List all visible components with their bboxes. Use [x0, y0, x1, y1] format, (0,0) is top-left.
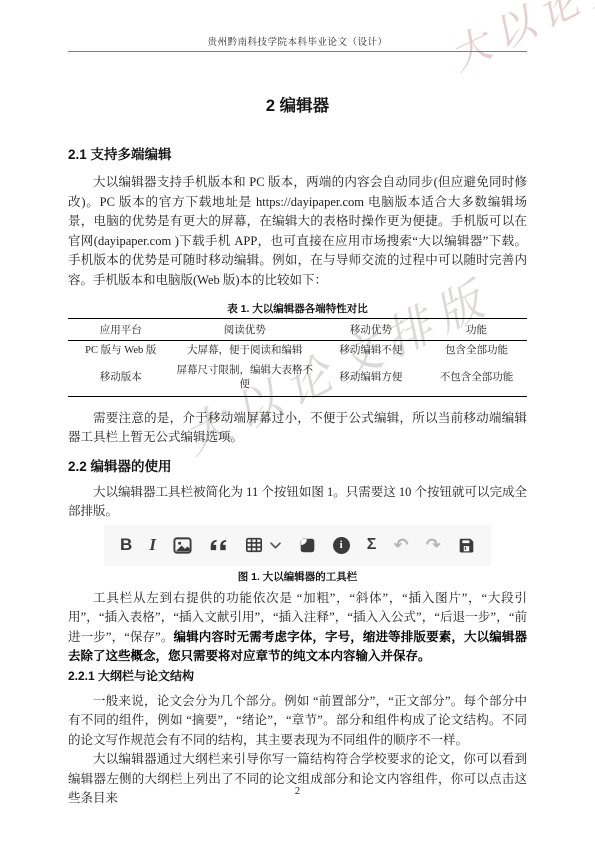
footnote-info-icon: i	[333, 537, 350, 554]
paragraph-toolbar-functions: 工具栏从左到右提供的功能依次是 “加粗”，“斜体”，“插入图片”，“大段引用”，…	[68, 589, 527, 667]
cell-features: 包含全部功能	[426, 341, 527, 362]
header-title: 贵州黔南科技学院本科毕业论文（设计）	[68, 34, 527, 48]
table-row: 移动版本 屏幕尺寸限制，编辑大表格不便 移动编辑方便 不包含全部功能	[68, 361, 527, 396]
document-page: 大以论文排版 大以论文排版 贵州黔南科技学院本科毕业论文（设计） 2 编辑器 2…	[0, 0, 595, 842]
paragraph-multiplatform: 大以编辑器支持手机版本和 PC 版本，两端的内容会自动同步(但应避免同时修改)。…	[68, 173, 527, 290]
toolbar-figure: B I i Σ ↶ ↷	[104, 525, 491, 566]
redo-icon: ↷	[426, 535, 441, 556]
cell-reading: 屏幕尺寸限制，编辑大表格不便	[174, 361, 316, 396]
cell-platform: PC 版与 Web 版	[68, 341, 174, 362]
chapter-title: 2 编辑器	[68, 92, 527, 116]
section-2-2-1-heading: 2.2.1 大纲栏与论文结构	[68, 667, 527, 684]
table-caption: 表 1. 大以编辑器各端特性对比	[68, 301, 527, 316]
insert-table-icon	[245, 536, 263, 554]
comparison-table: 应用平台 阅读优势 移动优势 功能 PC 版与 Web 版 大屏幕，便于阅读和编…	[68, 318, 527, 397]
paragraph-outline: 大以编辑器通过大纲栏来引导你写一篇结构符合学校要求的论文，你可以看到编辑器左侧的…	[68, 750, 527, 809]
cell-reading: 大屏幕，便于阅读和编辑	[174, 341, 316, 362]
paragraph-note: 需要注意的是，介于移动端屏幕过小，不便于公式编辑，所以当前移动端编辑器工具栏上暂…	[68, 409, 527, 448]
cell-mobility: 移动编辑不便	[316, 341, 426, 362]
col-header-platform: 应用平台	[68, 319, 174, 341]
chevron-down-icon	[270, 542, 281, 549]
bold-icon: B	[120, 535, 132, 555]
save-icon	[458, 537, 475, 554]
citation-icon	[299, 537, 316, 554]
italic-icon: I	[149, 535, 156, 555]
undo-icon: ↶	[394, 535, 409, 556]
table-row: PC 版与 Web 版 大屏幕，便于阅读和编辑 移动编辑不便 包含全部功能	[68, 341, 527, 362]
insert-image-icon	[173, 536, 192, 555]
blockquote-icon	[209, 538, 228, 552]
figure-caption: 图 1. 大以编辑器的工具栏	[68, 569, 527, 584]
section-2-1-heading: 2.1 支持多端编辑	[68, 143, 527, 163]
formula-icon: Σ	[367, 536, 377, 554]
paragraph-structure: 一般来说，论文会分为几个部分。例如 “前置部分”，“正文部分”。每个部分中有不同…	[68, 692, 527, 751]
cell-features: 不包含全部功能	[426, 361, 527, 396]
cell-mobility: 移动编辑方便	[316, 361, 426, 396]
col-header-reading: 阅读优势	[174, 319, 316, 341]
page-number: 2	[0, 786, 595, 797]
page-header: 贵州黔南科技学院本科毕业论文（设计）	[68, 0, 527, 52]
paragraph-toolbar-intro: 大以编辑器工具栏被简化为 11 个按钮如图 1。只需要这 10 个按钮就可以完成…	[68, 483, 527, 522]
col-header-features: 功能	[426, 319, 527, 341]
table-header-row: 应用平台 阅读优势 移动优势 功能	[68, 319, 527, 341]
section-2-2-heading: 2.2 编辑器的使用	[68, 455, 527, 475]
cell-platform: 移动版本	[68, 361, 174, 396]
col-header-mobility: 移动优势	[316, 319, 426, 341]
